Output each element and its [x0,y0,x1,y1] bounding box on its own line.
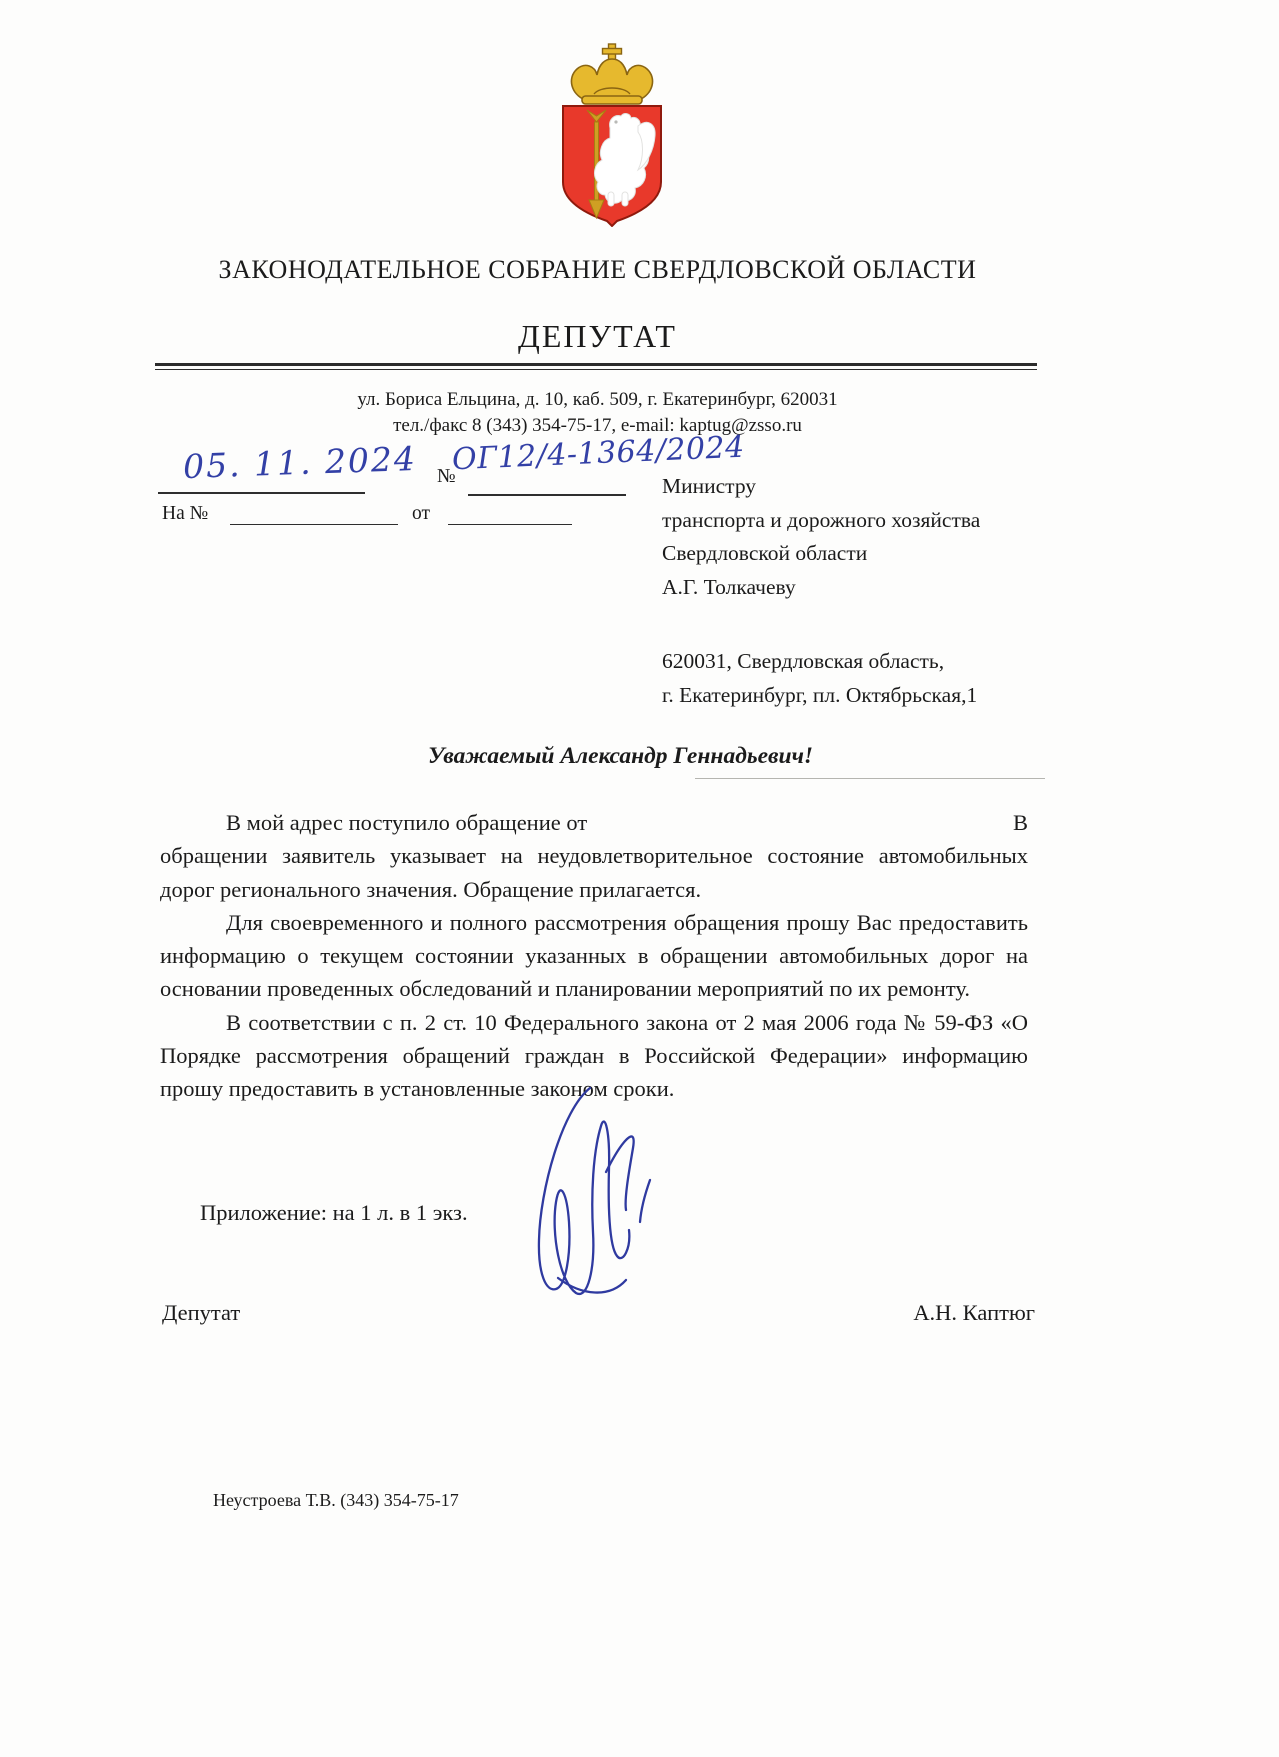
recipient-address-line: 620031, Свердловская область, [662,645,1082,679]
incoming-from-label: от [412,503,430,525]
paragraph-1-continuation: обращении заявитель указывает на неудовл… [160,839,1028,906]
recipient-block: Министру транспорта и дорожного хозяйств… [662,470,1082,604]
executor-contact: Неустроева Т.В. (343) 354-75-17 [213,1490,459,1511]
coat-of-arms-icon [558,42,666,227]
salutation: Уважаемый Александр Геннадьевич! [428,743,813,770]
signer-name: А.Н. Каптюг [845,1300,1035,1326]
organization-name: ЗАКОНОДАТЕЛЬНОЕ СОБРАНИЕ СВЕРДЛОВСКОЙ ОБ… [110,255,1085,285]
letter-body: В мой адрес поступило обращение от В обр… [160,806,1028,1106]
handwritten-date: 05. 11. 2024 [182,439,417,486]
incoming-from-underline [448,524,572,525]
recipient-line: Свердловской области [662,537,1082,571]
recipient-line: Министру [662,470,1082,504]
letter-page: ЗАКОНОДАТЕЛЬНОЕ СОБРАНИЕ СВЕРДЛОВСКОЙ ОБ… [0,0,1279,1757]
scan-artifact-line [695,778,1045,779]
outgoing-number-underline [468,494,626,496]
recipient-address-block: 620031, Свердловская область, г. Екатери… [662,645,1082,712]
signer-role-label: Депутат [162,1300,240,1326]
recipient-address-line: г. Екатеринбург, пл. Октябрьская,1 [662,679,1082,713]
header-divider [155,363,1037,370]
header-contacts-line: тел./факс 8 (343) 354-75-17, e-mail: kap… [110,415,1085,437]
paragraph-1-first-line: В мой адрес поступило обращение от В [160,806,1028,839]
recipient-line: А.Г. Толкачеву [662,571,1082,605]
attachment-note: Приложение: на 1 л. в 1 экз. [200,1200,468,1226]
incoming-number-underline [230,524,398,525]
recipient-line: транспорта и дорожного хозяйства [662,504,1082,538]
header-address-line: ул. Бориса Ельцина, д. 10, каб. 509, г. … [110,389,1085,411]
paragraph-2: Для своевременного и полного рассмотрени… [160,906,1028,1006]
date-underline [158,492,365,494]
paragraph-1-line-end: В [1013,806,1028,839]
handwritten-signature-icon [498,1082,678,1300]
letterhead-title: ДЕПУТАТ [110,318,1085,355]
incoming-number-label: На № [162,503,208,525]
paragraph-1-lead: В мой адрес поступило обращение от [160,806,587,839]
